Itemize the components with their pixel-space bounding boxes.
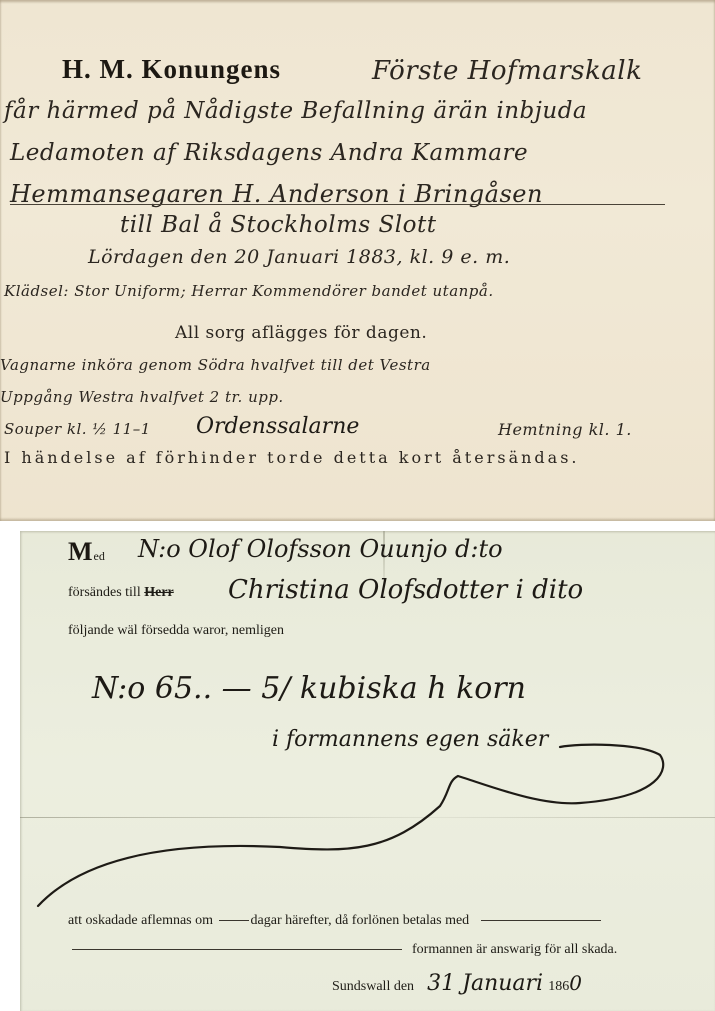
extra-terms-blank [72, 949, 402, 950]
invitation-card: H. M. Konungens Förste Hofmarskalk får h… [0, 0, 715, 521]
days-blank [219, 920, 249, 921]
year-printed: 186 [548, 979, 569, 994]
invitation-line-2: Ledamoten af Riksdagens Andra Kammare [10, 140, 528, 166]
carriage-note: Vagnarne inköra genom Södra hvalfvet til… [0, 356, 431, 374]
hemtning-time: Hemtning kl. 1. [498, 420, 632, 439]
terms-1-b: dagar härefter, då forlönen betalas med [251, 913, 470, 928]
date-handwritten: 31 Januari [427, 971, 543, 996]
terms-1-a: att oskadade aflemnas om [68, 913, 213, 928]
freight-card: Med N:o Olof Olofsson Ouunjo d:to försän… [20, 531, 715, 1011]
invitation-line-venue: till Bal å Stockholms Slott [120, 212, 436, 238]
return-note: I händelse af förhinder torde detta kort… [4, 448, 579, 467]
mourning-note: All sorg aflägges för dagen. [175, 323, 427, 343]
header-blackletter: H. M. Konungens [62, 54, 281, 85]
terms-line-2: formannen är answarig för all skada. [72, 942, 617, 958]
year-handwritten: 0 [569, 971, 582, 995]
dress-code: Klädsel: Stor Uniform; Herrar Kommendöre… [4, 282, 494, 300]
souper-location: Ordenssalarne [196, 414, 359, 439]
staircase-note: Uppgång Westra hvalfvet 2 tr. upp. [0, 388, 284, 406]
place-label: Sundswall den [332, 979, 414, 994]
invitation-line-1: får härmed på Nådigste Befallning ärän i… [4, 98, 587, 124]
souper-label: Souper kl. ½ 11–1 [4, 420, 151, 438]
terms-2: formannen är answarig för all skada. [412, 942, 617, 957]
place-date-line: Sundswall den 31 Januari 1860 [332, 971, 582, 996]
invitation-date: Lördagen den 20 Januari 1883, kl. 9 e. m… [88, 246, 510, 268]
calligraphic-flourish [20, 531, 715, 1011]
terms-line-1: att oskadade aflemnas om dagar härefter,… [68, 913, 601, 929]
guest-name-rule [10, 204, 665, 205]
header-script: Förste Hofmarskalk [372, 56, 642, 86]
freight-fee-blank [481, 920, 601, 921]
